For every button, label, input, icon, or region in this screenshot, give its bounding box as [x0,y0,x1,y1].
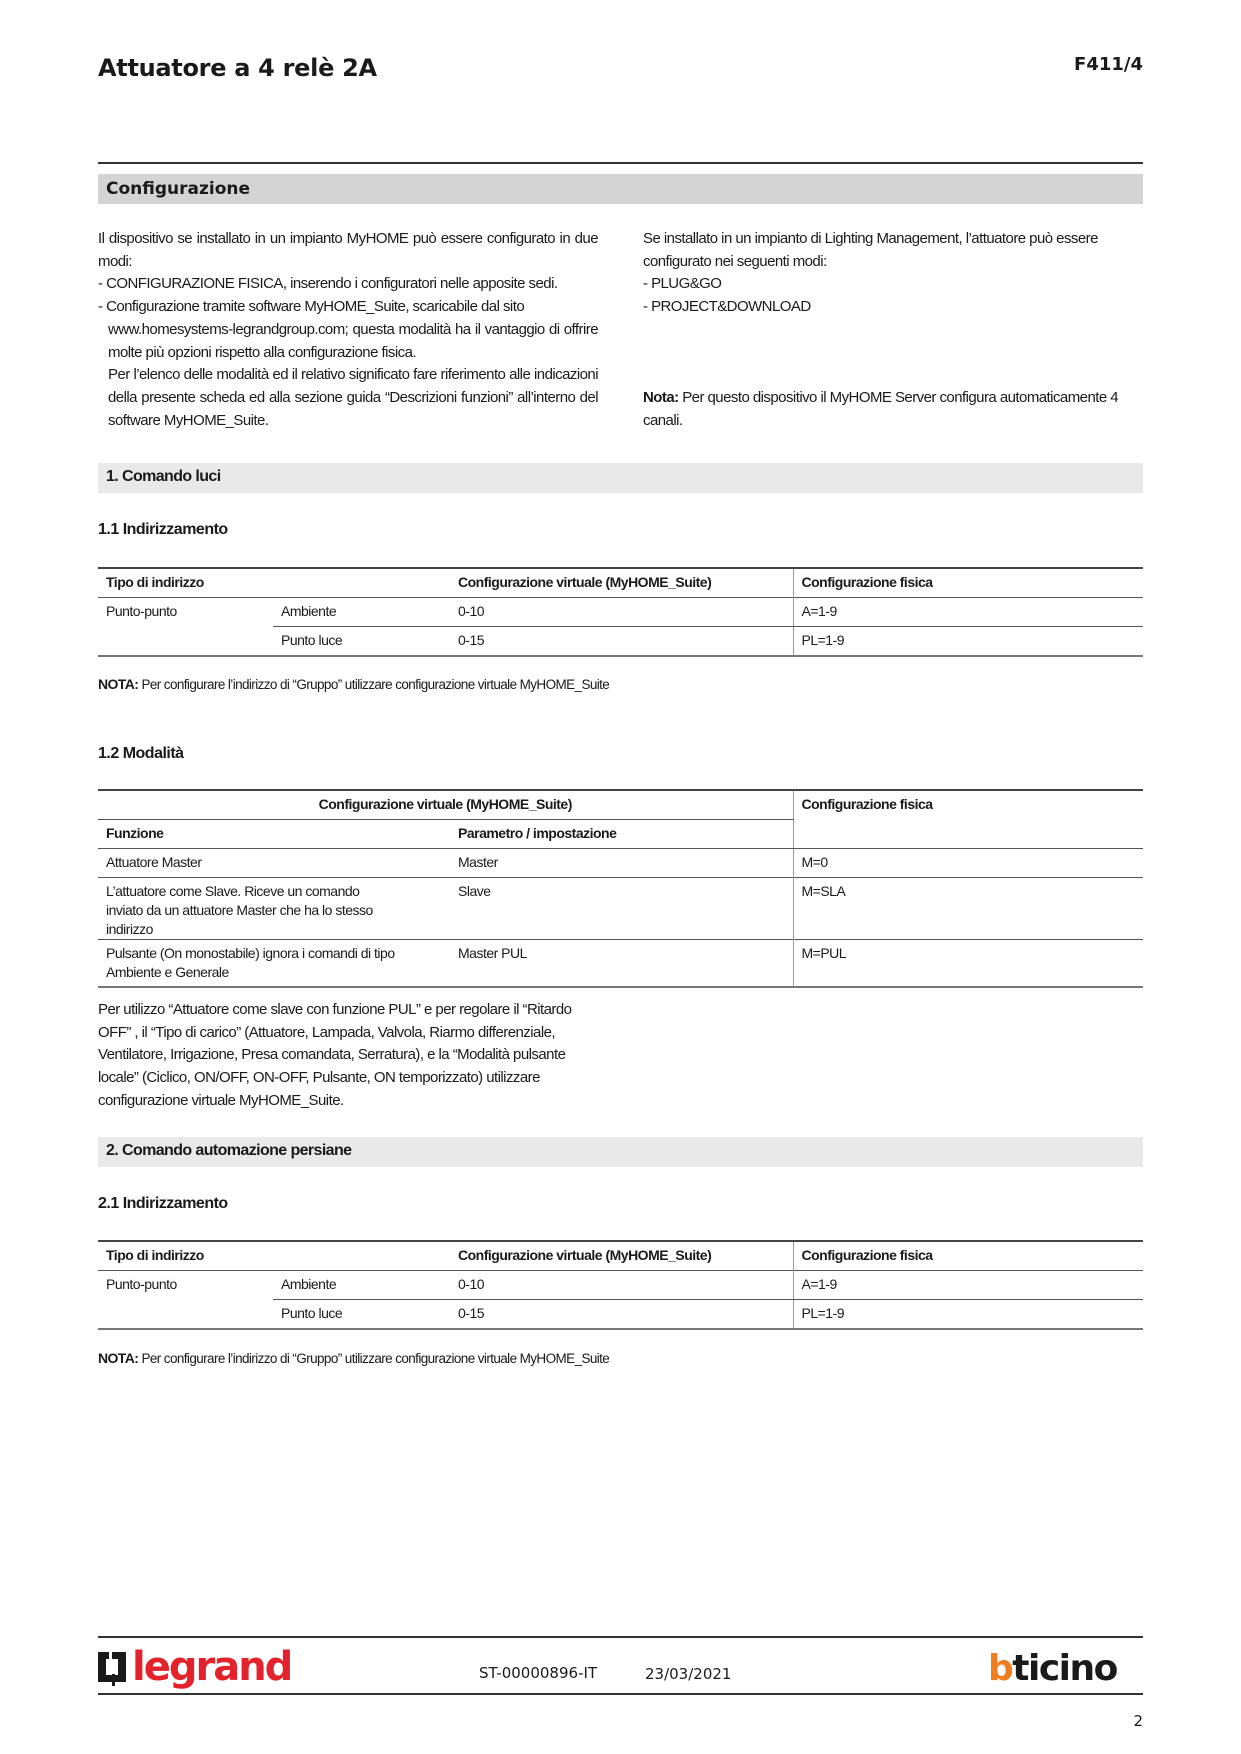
table-cell: Punto luce [273,1300,450,1330]
footer-rule-top [98,1636,1143,1638]
table-cell: M=SLA [793,878,1143,940]
config-item-software: - Configurazione tramite software MyHOME… [98,296,598,319]
table-cell: 0-10 [450,1271,793,1300]
config-item-reference: Per l’elenco delle modalità ed il relati… [98,364,598,432]
table-cell: 0-15 [450,627,793,657]
table-header-row: Tipo di indirizzo Configurazione virtual… [98,1241,1143,1271]
note-text: Per configurare l’indirizzo di “Gruppo” … [138,677,609,692]
config-left-column: Il dispositivo se installato in un impia… [98,228,598,432]
table-cell: L’attuatore come Slave. Riceve un comand… [98,878,450,940]
col-header: Tipo di indirizzo [98,568,273,598]
col-header-fisica: Configurazione fisica [793,790,1143,849]
table-cell [98,1300,273,1330]
col-header: Configurazione fisica [793,568,1143,598]
bticino-logo-b: b [988,1648,1012,1689]
product-code: F411/4 [1074,54,1143,75]
config-intro: Il dispositivo se installato in un impia… [98,228,598,273]
table-row: Punto luce 0-15 PL=1-9 [98,1300,1143,1330]
table-cell: M=0 [793,849,1143,878]
col-header: Configurazione virtuale (MyHOME_Suite) [450,1241,793,1271]
table-cell: Punto-punto [98,598,273,627]
table-cell [98,627,273,657]
document-id: ST-00000896-IT [479,1664,597,1682]
modalita-paragraph: Per utilizzo “Attuatore come slave con f… [98,999,598,1113]
config-item-software-cont: www.homesystems-legrandgroup.com; questa… [98,319,598,364]
page-number: 2 [1133,1712,1143,1730]
note-text: Per questo dispositivo il MyHOME Server … [643,389,1118,429]
col-header: Parametro / impostazione [450,820,793,849]
note-text: Per configurare l’indirizzo di “Gruppo” … [138,1351,609,1366]
table-cell: 0-10 [450,598,793,627]
table-cell: Slave [450,878,793,940]
col-header: Configurazione virtuale (MyHOME_Suite) [450,568,793,598]
footer-rule-bottom [98,1693,1143,1695]
table-group-header-row: Configurazione virtuale (MyHOME_Suite) C… [98,790,1143,820]
config-right-plug-go: - PLUG&GO [643,273,1143,296]
note-label: Nota: [643,389,679,406]
legrand-wordmark: legrand [132,1644,291,1690]
table-cell: Master PUL [450,940,793,988]
note-gruppo-1: NOTA: Per configurare l’indirizzo di “Gr… [98,676,609,692]
bticino-logo-rest: ticino [1012,1648,1117,1689]
note-label: NOTA: [98,676,138,692]
table-cell: PL=1-9 [793,1300,1143,1330]
table-cell: Punto-punto [98,1271,273,1300]
table-cell: Ambiente [273,598,450,627]
header-rule [98,162,1143,164]
modalita-paragraph-text: Per utilizzo “Attuatore come slave con f… [98,999,598,1113]
table-cell: M=PUL [793,940,1143,988]
config-right-note: Nota: Per questo dispositivo il MyHOME S… [643,387,1143,432]
col-header [273,1241,450,1271]
config-right-column: Se installato in un impianto di Lighting… [643,228,1143,319]
subsection-heading-2-1: 2.1 Indirizzamento [98,1195,228,1213]
table-row: Punto luce 0-15 PL=1-9 [98,627,1143,657]
table-row: L’attuatore come Slave. Riceve un comand… [98,878,1143,940]
table-modalita: Configurazione virtuale (MyHOME_Suite) C… [98,789,1143,988]
legrand-logo-icon [98,1652,126,1691]
table-cell: Ambiente [273,1271,450,1300]
table-cell: PL=1-9 [793,627,1143,657]
table-indirizzamento-1: Tipo di indirizzo Configurazione virtual… [98,567,1143,657]
group-header-virtuale: Configurazione virtuale (MyHOME_Suite) [98,790,793,820]
subsection-heading-1-2: 1.2 Modalità [98,745,184,763]
table-cell: Master [450,849,793,878]
config-item-fisica: - CONFIGURAZIONE FISICA, inserendo i con… [98,273,598,296]
config-right-project-download: - PROJECT&DOWNLOAD [643,296,1143,319]
subsection-heading-1-1: 1.1 Indirizzamento [98,521,228,539]
table-row: Pulsante (On monostabile) ignora i coman… [98,940,1143,988]
table-cell: Attuatore Master [98,849,450,878]
document-date: 23/03/2021 [645,1665,731,1683]
section-band-configurazione: Configurazione [98,174,1143,204]
table-cell: Punto luce [273,627,450,657]
table-cell: 0-15 [450,1300,793,1330]
document-title: Attuatore a 4 relè 2A [98,54,377,82]
table-row: Punto-punto Ambiente 0-10 A=1-9 [98,1271,1143,1300]
table-row: Attuatore Master Master M=0 [98,849,1143,878]
section-band-automazione-persiane: 2. Comando automazione persiane [98,1137,1143,1167]
bticino-logo: bticino [988,1648,1117,1689]
col-header: Funzione [98,820,450,849]
section-heading: 2. Comando automazione persiane [106,1142,351,1160]
table-cell: A=1-9 [793,1271,1143,1300]
table-cell: Pulsante (On monostabile) ignora i coman… [98,940,450,988]
note-gruppo-2: NOTA: Per configurare l’indirizzo di “Gr… [98,1350,609,1366]
section-heading: Configurazione [106,179,250,199]
col-header: Tipo di indirizzo [98,1241,273,1271]
section-band-comando-luci: 1. Comando luci [98,463,1143,493]
table-indirizzamento-2: Tipo di indirizzo Configurazione virtual… [98,1240,1143,1330]
col-header [273,568,450,598]
section-heading: 1. Comando luci [106,468,221,486]
table-row: Punto-punto Ambiente 0-10 A=1-9 [98,598,1143,627]
table-cell: A=1-9 [793,598,1143,627]
table-header-row: Tipo di indirizzo Configurazione virtual… [98,568,1143,598]
col-header: Configurazione fisica [793,1241,1143,1271]
config-right-intro: Se installato in un impianto di Lighting… [643,228,1143,273]
note-label: NOTA: [98,1350,138,1366]
